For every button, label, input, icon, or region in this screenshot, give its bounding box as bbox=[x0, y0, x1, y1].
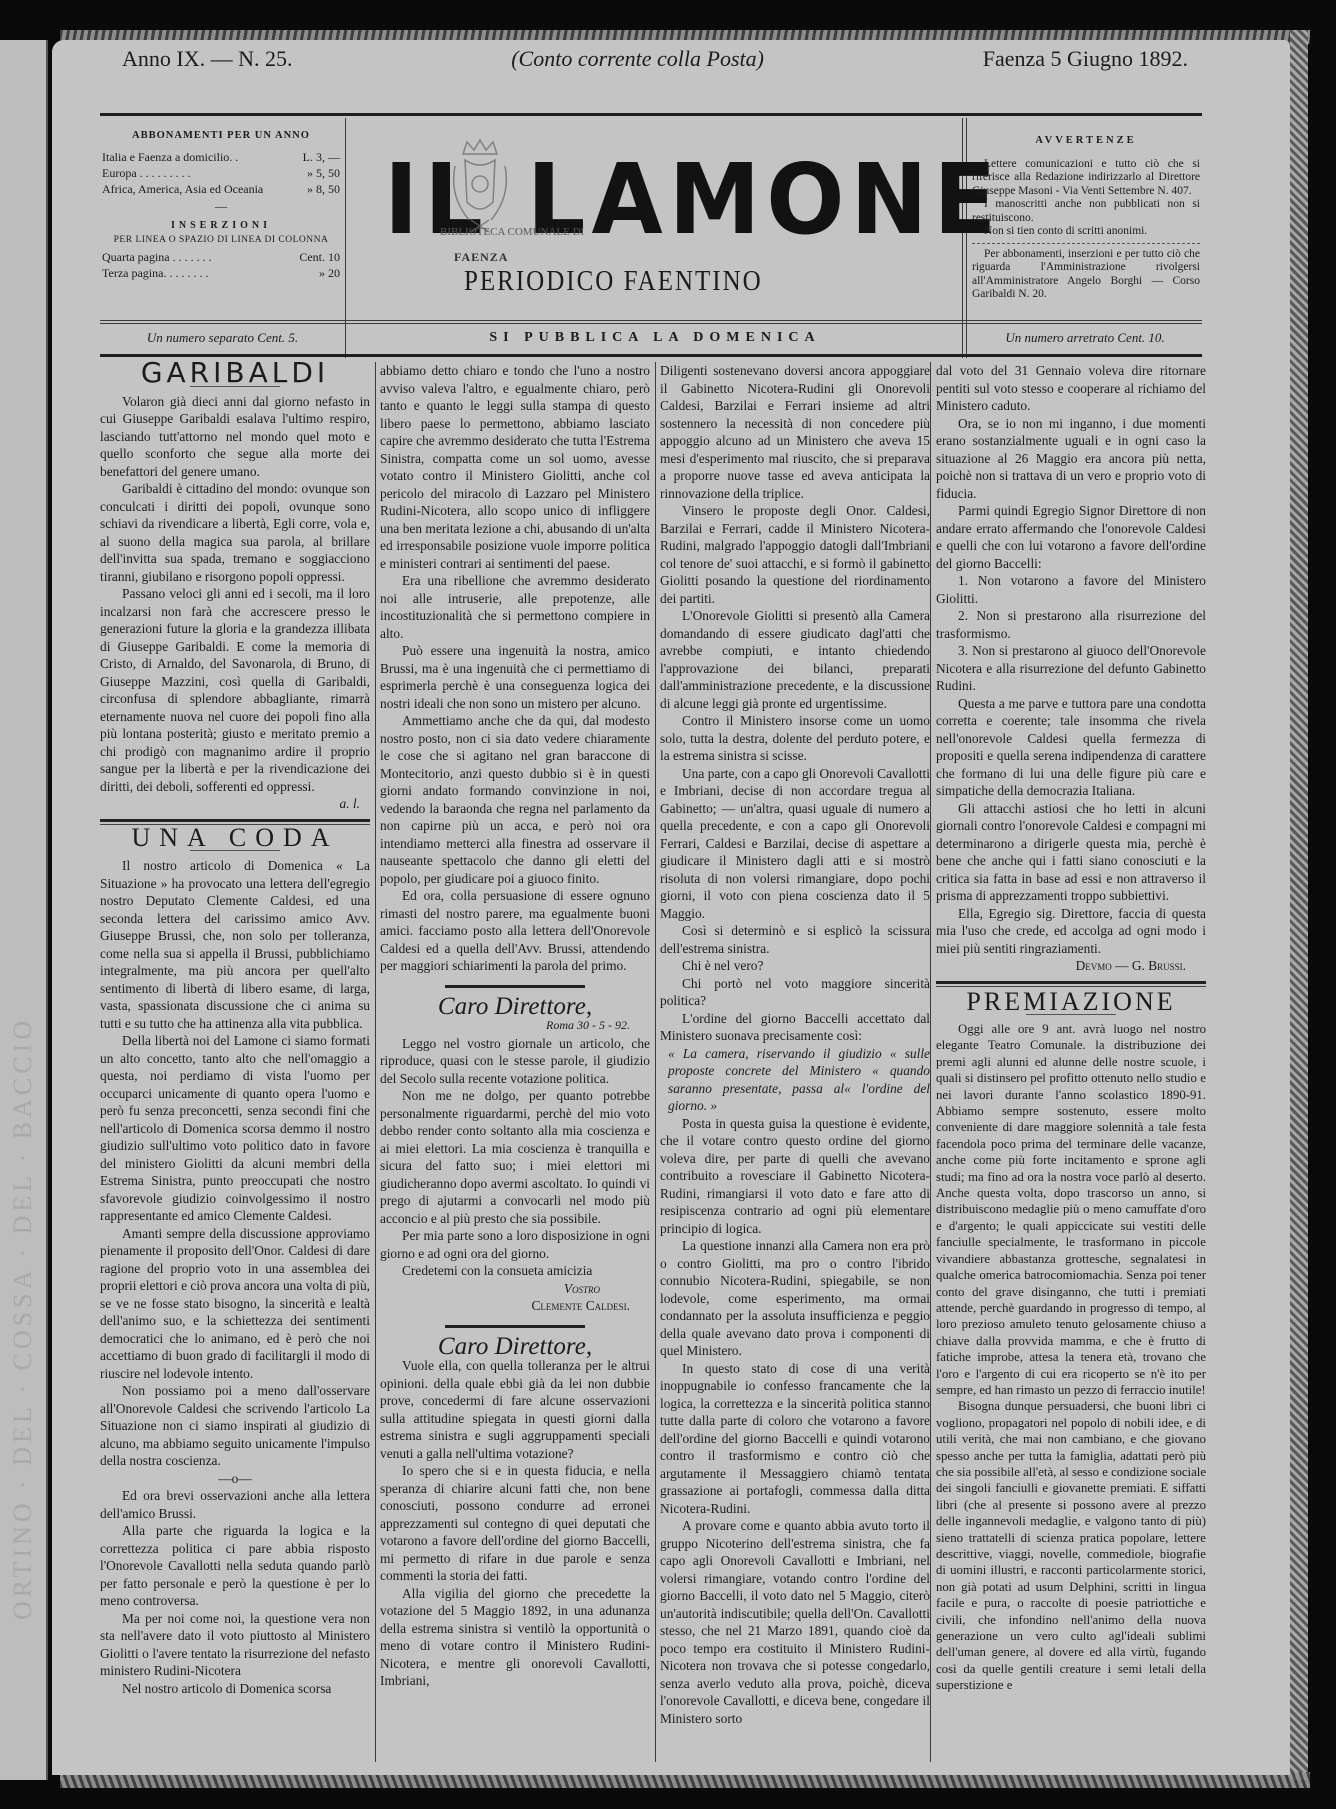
article-separator bbox=[936, 981, 1206, 987]
letter-paragraph: In questo stato di cose di una verità in… bbox=[660, 1360, 930, 1518]
notice-paragraph: Non si tien conto di scritti anonimi. bbox=[972, 225, 1200, 239]
letter-signer: Devmo — G. Brussi. bbox=[936, 957, 1206, 975]
notice-paragraph: Per abbonamenti, inserzioni e per tutto … bbox=[972, 248, 1200, 302]
letter-salutation: Caro Direttore, bbox=[380, 1338, 650, 1356]
rate-row: Africa, America, Asia ed Oceania» 8, 50 bbox=[102, 181, 340, 197]
article-paragraph: Oggi alle ore 9 ant. avrà luogo nel nost… bbox=[936, 1021, 1206, 1398]
letter-paragraph: Chi è nel vero? bbox=[660, 957, 930, 975]
letter-paragraph: Leggo nel vostro giornale un articolo, c… bbox=[380, 1035, 650, 1088]
article-paragraph: Ed ora, colla persuasione di essere ognu… bbox=[380, 887, 650, 975]
issue-number: Anno IX. — N. 25. bbox=[122, 46, 293, 72]
ads-heading: INSERZIONI bbox=[102, 220, 340, 231]
column-2: abbiamo detto chiaro e tondo che l'uno a… bbox=[380, 362, 650, 1690]
subscriptions-heading: ABBONAMENTI PER UN ANNO bbox=[102, 130, 340, 141]
column-divider bbox=[375, 362, 376, 1762]
letter-paragraph: Così si determinò e si esplicò la scissu… bbox=[660, 922, 930, 957]
letter-paragraph: L'ordine del giorno Baccelli accettato d… bbox=[660, 1010, 930, 1045]
letter-signer: Clemente Caldesi. bbox=[380, 1297, 650, 1315]
article-title-premiazione: PREMIAZIONE bbox=[936, 993, 1206, 1011]
binding-edge-right bbox=[1290, 30, 1308, 1780]
notices-box: AVVERTENZE Lettere comunicazioni e tutto… bbox=[972, 134, 1200, 302]
quoted-order-of-day: « La camera, riservando il giudizio « su… bbox=[660, 1045, 930, 1115]
letter-paragraph: L'Onorevole Giolitti si presentò alla Ca… bbox=[660, 607, 930, 712]
article-paragraph: Garibaldi è cittadino del mondo: ovunque… bbox=[100, 480, 370, 585]
postal-note: (Conto corrente colla Posta) bbox=[511, 46, 764, 72]
article-paragraph: Non possiamo poi a meno dall'osservare a… bbox=[100, 1382, 370, 1470]
article-paragraph: Ed ora brevi osservazioni anche alla let… bbox=[100, 1487, 370, 1522]
article-paragraph: Passano veloci gli anni ed i secoli, ma … bbox=[100, 585, 370, 795]
letter-closing: Vostro bbox=[380, 1280, 650, 1298]
letter-paragraph: Posta in questa guisa la questione è evi… bbox=[660, 1115, 930, 1238]
list-item: 2. Non si prestarono alla risurrezione d… bbox=[936, 607, 1206, 642]
letter-paragraph: Ella, Egregio sig. Direttore, faccia di … bbox=[936, 905, 1206, 958]
letter-dateline: Roma 30 - 5 - 92. bbox=[380, 1017, 650, 1035]
column-3: Diligenti sostenevano doversi ancora app… bbox=[660, 362, 930, 1727]
previous-page-edge: ORTINO · DEL · COSSA · DEL · BACCIO bbox=[0, 40, 48, 1780]
letter-paragraph: Alla vigilia del giorno che precedette l… bbox=[380, 1585, 650, 1690]
issue-line: Anno IX. — N. 25. (Conto corrente colla … bbox=[122, 46, 1188, 80]
notice-divider bbox=[972, 243, 1200, 244]
publication-day: SI PUBBLICA LA DOMENICA bbox=[350, 330, 960, 354]
place-date: Faenza 5 Giugno 1892. bbox=[983, 46, 1188, 72]
single-issue-price: Un numero separato Cent. 5. bbox=[100, 330, 345, 354]
notices-heading: AVVERTENZE bbox=[972, 134, 1200, 148]
ad-rate-row: Terza pagina. . . . . . . .» 20 bbox=[102, 265, 340, 281]
letter-paragraph: Credetemi con la consueta amicizia bbox=[380, 1262, 650, 1280]
newspaper-subtitle: PERIODICO FAENTINO bbox=[464, 266, 763, 298]
article-paragraph: Nel nostro articolo di Domenica scorsa bbox=[100, 1680, 370, 1698]
column-1: GARIBALDI Volaron già dieci anni dal gio… bbox=[100, 362, 370, 1697]
article-signature: a. l. bbox=[100, 795, 370, 813]
notice-paragraph: I manoscritti anche non pubblicati non s… bbox=[972, 198, 1200, 225]
masthead: IL LAMONE BIBLIOTECA COMUNALE DI FAENZA … bbox=[350, 128, 946, 314]
letter-salutation: Caro Direttore, bbox=[380, 998, 650, 1016]
article-paragraph: Alla parte che riguarda la logica e la c… bbox=[100, 1522, 370, 1610]
article-paragraph: abbiamo detto chiaro e tondo che l'uno a… bbox=[380, 362, 650, 572]
article-paragraph: Può essere una ingenuità la nostra, amic… bbox=[380, 642, 650, 712]
subhead-rule-top-2 bbox=[100, 323, 1202, 324]
letter-paragraph: Io spero che si e in questa fiducia, e n… bbox=[380, 1462, 650, 1585]
notice-paragraph: Lettere comunicazioni e tutto ciò che si… bbox=[972, 158, 1200, 199]
article-paragraph: Ma per noi come noi, la questione vera n… bbox=[100, 1610, 370, 1680]
letter-paragraph: Diligenti sostenevano doversi ancora app… bbox=[660, 362, 930, 502]
section-mark: —o— bbox=[100, 1470, 370, 1488]
letter-paragraph: La questione innanzi alla Camera non era… bbox=[660, 1237, 930, 1360]
letter-paragraph: Per mia parte sono a loro disposizione i… bbox=[380, 1227, 650, 1262]
letter-paragraph: Questa a me parve e tuttora pare una con… bbox=[936, 695, 1206, 800]
letter-paragraph: Una parte, con a capo gli Onorevoli Cava… bbox=[660, 765, 930, 923]
back-issue-price: Un numero arretrato Cent. 10. bbox=[968, 330, 1202, 354]
article-paragraph: Volaron già dieci anni dal giorno nefast… bbox=[100, 393, 370, 481]
article-paragraph: Della libertà noi del Lamone ci siamo fo… bbox=[100, 1032, 370, 1225]
letter-paragraph: Gli attacchi astiosi che ho letti in alc… bbox=[936, 800, 1206, 905]
column-divider bbox=[930, 362, 931, 1762]
bleed-through-text: ORTINO · DEL · COSSA · DEL · BACCIO bbox=[8, 120, 36, 1620]
list-item: 1. Non votarono a favore del Ministero G… bbox=[936, 572, 1206, 607]
article-separator bbox=[445, 985, 585, 988]
letter-paragraph: A provare come e quanto abbia avuto tort… bbox=[660, 1517, 930, 1727]
divider-dash: — bbox=[102, 199, 340, 214]
letter-paragraph: Parmi quindi Egregio Signor Direttore di… bbox=[936, 502, 1206, 572]
column-4: dal voto del 31 Gennaio voleva dire rito… bbox=[936, 362, 1206, 1694]
article-title-garibaldi: GARIBALDI bbox=[100, 364, 370, 382]
article-paragraph: Ammettiamo anche che da qui, dal modesto… bbox=[380, 712, 650, 887]
ads-subheading: PER LINEA O SPAZIO DI LINEA DI COLONNA bbox=[102, 235, 340, 245]
subhead-rule-top bbox=[100, 320, 1202, 321]
article-paragraph: Era una ribellione che avremmo desiderat… bbox=[380, 572, 650, 642]
letter-paragraph: Contro il Ministero insorse come un uomo… bbox=[660, 712, 930, 765]
letter-paragraph: Vinsero le proposte degli Onor. Caldesi,… bbox=[660, 502, 930, 607]
article-paragraph: Il nostro articolo di Domenica « La Situ… bbox=[100, 857, 370, 1032]
header-rule bbox=[100, 113, 1202, 116]
article-paragraph: Amanti sempre della discussione approvia… bbox=[100, 1225, 370, 1383]
library-stamp-city: FAENZA bbox=[454, 250, 508, 265]
letter-paragraph: Ora, se io non mi inganno, i due momenti… bbox=[936, 415, 1206, 503]
letter-paragraph: dal voto del 31 Gennaio voleva dire rito… bbox=[936, 362, 1206, 415]
library-stamp-text: BIBLIOTECA COMUNALE DI bbox=[440, 226, 584, 238]
column-divider bbox=[655, 362, 656, 1762]
masthead-divider-left bbox=[345, 118, 346, 358]
letter-paragraph: Non me ne dolgo, per quanto potrebbe per… bbox=[380, 1087, 650, 1227]
subscription-box: ABBONAMENTI PER UN ANNO Italia e Faenza … bbox=[102, 130, 340, 281]
list-item: 3. Non si prestarono al giuoco dell'Onor… bbox=[936, 642, 1206, 695]
article-paragraph: Bisogna dunque persuadersi, che buoni li… bbox=[936, 1398, 1206, 1693]
rate-row: Europa . . . . . . . . .» 5, 50 bbox=[102, 165, 340, 181]
article-title-una-coda: UNA CODA bbox=[100, 829, 370, 847]
rate-row: Italia e Faenza a domicilio. .L. 3, — bbox=[102, 149, 340, 165]
ad-rate-row: Quarta pagina . . . . . . .Cent. 10 bbox=[102, 249, 340, 265]
letter-paragraph: Chi portò nel voto maggiore sincerità po… bbox=[660, 975, 930, 1010]
letter-paragraph: Vuole ella, con quella tolleranza per le… bbox=[380, 1357, 650, 1462]
article-separator bbox=[445, 1325, 585, 1328]
